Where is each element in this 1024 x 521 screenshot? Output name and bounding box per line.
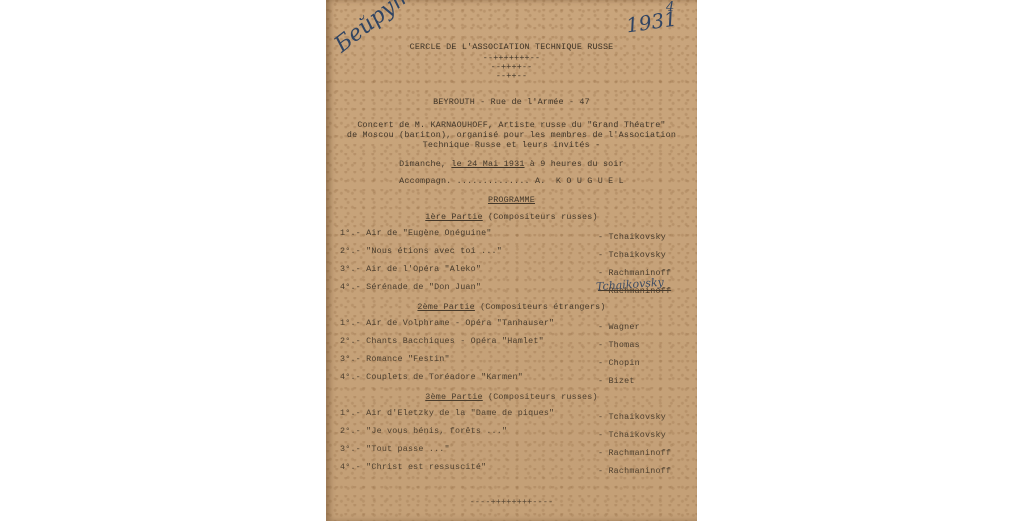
item-number: 1°.- bbox=[340, 318, 361, 328]
item-number-and-piece: 2°.- "Je vous bénis, forêts ..." bbox=[340, 426, 507, 436]
item-number-and-piece: 3°.- Romance "Festin" bbox=[340, 354, 450, 364]
programme-item: 4°.- Couplets de Toréadore "Karmen"- Biz… bbox=[340, 372, 680, 384]
concert-date: le 24 Mai 1931 bbox=[451, 159, 524, 169]
programme-item: 3°.- "Tout passe ..."- Rachmaninoff bbox=[340, 444, 680, 456]
item-number-and-piece: 4°.- Couplets de Toréadore "Karmen" bbox=[340, 372, 523, 382]
composer: - Thomas bbox=[598, 340, 640, 350]
address: BEYROUTH - Rue de l'Armée - 47 bbox=[326, 97, 697, 107]
programme-item: 3°.- Romance "Festin"- Chopin bbox=[340, 354, 680, 366]
part-heading: 3ème Partie (Compositeurs russes) bbox=[326, 392, 697, 402]
programme-item: 2°.- Chants Bacchiques - Opéra "Hamlet"-… bbox=[340, 336, 680, 348]
item-number: 1°.- bbox=[340, 408, 361, 418]
item-number-and-piece: 4°.- "Christ est ressuscité" bbox=[340, 462, 486, 472]
item-number: 2°.- bbox=[340, 336, 361, 346]
item-number-and-piece: 1°.- Air de Volphrame - Opéra "Tanhauser… bbox=[340, 318, 554, 328]
composer: - Rachmaninoff bbox=[598, 448, 671, 458]
item-number-and-piece: 1°.- Air d'Eletzky de la "Dame de piques… bbox=[340, 408, 554, 418]
piece-title: Air d'Eletzky de la "Dame de piques" bbox=[366, 408, 554, 418]
programme-item: 4°.- "Christ est ressuscité"- Rachmanino… bbox=[340, 462, 680, 474]
item-number: 1°.- bbox=[340, 228, 361, 238]
ornament-line: --++-- bbox=[326, 71, 697, 81]
piece-title: Sérénade de "Don Juan" bbox=[366, 282, 481, 292]
composer: - Tchaikovsky bbox=[598, 412, 666, 422]
accompanist: Accompagn. .............. A. K O U G U E… bbox=[326, 176, 697, 186]
composer: - Chopin bbox=[598, 358, 640, 368]
part-title: 1ère Partie bbox=[425, 212, 482, 222]
footer-ornament: ----++++++++---- bbox=[326, 497, 697, 507]
item-number: 2°.- bbox=[340, 246, 361, 256]
date-prefix: Dimanche, bbox=[399, 159, 451, 169]
item-number-and-piece: 3°.- "Tout passe ..." bbox=[340, 444, 450, 454]
item-number-and-piece: 4°.- Sérénade de "Don Juan" bbox=[340, 282, 481, 292]
part-title: 3ème Partie bbox=[425, 392, 482, 402]
part-heading: 1ère Partie (Compositeurs russes) bbox=[326, 212, 697, 222]
item-number: 3°.- bbox=[340, 264, 361, 274]
piece-title: Air de l'Opéra "Aleko" bbox=[366, 264, 481, 274]
concert-programme-document: Бейрут 1931 4 CERCLE DE L'ASSOCIATION TE… bbox=[326, 0, 697, 521]
piece-title: "Christ est ressuscité" bbox=[366, 462, 486, 472]
composer: - Rachmaninoff bbox=[598, 466, 671, 476]
item-number-and-piece: 2°.- "Nous étions avec toi ..." bbox=[340, 246, 502, 256]
composer: - Wagner bbox=[598, 322, 640, 332]
item-number-and-piece: 1°.- Air de "Eugène Onéguine" bbox=[340, 228, 492, 238]
item-number: 4°.- bbox=[340, 282, 361, 292]
piece-title: Air de Volphrame - Opéra "Tanhauser" bbox=[366, 318, 554, 328]
programme-item: 2°.- "Je vous bénis, forêts ..."- Tchaik… bbox=[340, 426, 680, 438]
composer: - Bizet bbox=[598, 376, 635, 386]
item-number: 2°.- bbox=[340, 426, 361, 436]
handwritten-year-superscript: 4 bbox=[666, 0, 674, 15]
document-title: CERCLE DE L'ASSOCIATION TECHNIQUE RUSSE bbox=[326, 42, 697, 52]
item-number: 3°.- bbox=[340, 444, 361, 454]
programme-item: 3°.- Air de l'Opéra "Aleko"- Rachmaninof… bbox=[340, 264, 680, 276]
programme-heading: PROGRAMME bbox=[326, 195, 697, 205]
piece-title: Romance "Festin" bbox=[366, 354, 450, 364]
item-number: 4°.- bbox=[340, 372, 361, 382]
composer: - Tchaikovsky bbox=[598, 232, 666, 242]
part-title: 2ème Partie bbox=[417, 302, 474, 312]
intro-line: Technique Russe et leurs invités - bbox=[326, 140, 697, 150]
item-number-and-piece: 3°.- Air de l'Opéra "Aleko" bbox=[340, 264, 481, 274]
piece-title: Couplets de Toréadore "Karmen" bbox=[366, 372, 523, 382]
piece-title: Chants Bacchiques - Opéra "Hamlet" bbox=[366, 336, 544, 346]
part-subtitle: (Compositeurs russes) bbox=[483, 212, 598, 222]
item-number-and-piece: 2°.- Chants Bacchiques - Opéra "Hamlet" bbox=[340, 336, 544, 346]
item-number: 4°.- bbox=[340, 462, 361, 472]
part-subtitle: (Compositeurs russes) bbox=[483, 392, 598, 402]
date-suffix: à 9 heures du soir bbox=[525, 159, 624, 169]
composer: - Tchaikovsky bbox=[598, 250, 666, 260]
part-subtitle: (Compositeurs étrangers) bbox=[475, 302, 606, 312]
composer: - Tchaikovsky bbox=[598, 430, 666, 440]
programme-item: 1°.- Air de Volphrame - Opéra "Tanhauser… bbox=[340, 318, 680, 330]
piece-title: "Nous étions avec toi ..." bbox=[366, 246, 502, 256]
intro-line: de Moscou (bariton), organisé pour les m… bbox=[326, 130, 697, 140]
programme-item: 1°.- Air d'Eletzky de la "Dame de piques… bbox=[340, 408, 680, 420]
piece-title: "Tout passe ..." bbox=[366, 444, 450, 454]
programme-item: 2°.- "Nous étions avec toi ..."- Tchaiko… bbox=[340, 246, 680, 258]
piece-title: "Je vous bénis, forêts ..." bbox=[366, 426, 507, 436]
intro-line: Concert de M. KARNAOUHOFF, Artiste russe… bbox=[326, 120, 697, 130]
part-heading: 2ème Partie (Compositeurs étrangers) bbox=[326, 302, 697, 312]
piece-title: Air de "Eugène Onéguine" bbox=[366, 228, 491, 238]
programme-item: 1°.- Air de "Eugène Onéguine"- Tchaikovs… bbox=[340, 228, 680, 240]
concert-date-line: Dimanche, le 24 Mai 1931 à 9 heures du s… bbox=[326, 159, 697, 169]
item-number: 3°.- bbox=[340, 354, 361, 364]
